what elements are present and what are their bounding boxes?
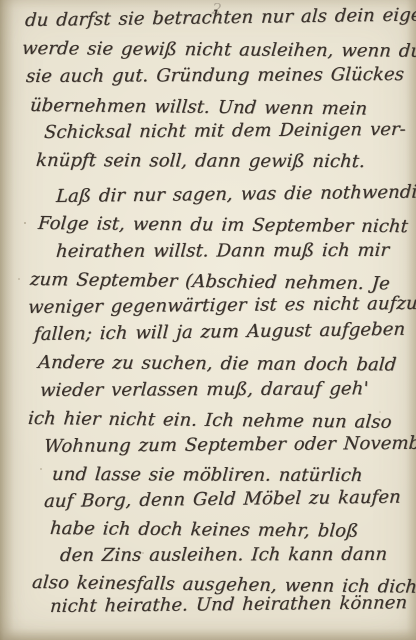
manuscript-line: habe ich doch keines mehr, bloß <box>49 518 359 543</box>
manuscript-line: Laß dir nur sagen, was die nothwendige <box>55 181 416 208</box>
manuscript-line: auf Borg, denn Geld Möbel zu kaufen <box>43 487 401 513</box>
manuscript-line: und lasse sie möbliren. natürlich <box>51 464 363 487</box>
manuscript-line: weniger gegenwärtiger ist es nicht aufzu… <box>27 293 416 319</box>
manuscript-page: 2 du darfst sie betrachten nur als dein … <box>0 0 416 640</box>
manuscript-line: fallen; ich will ja zum August aufgeben <box>33 319 405 346</box>
manuscript-line: Schicksal nicht mit dem Deinigen ver- <box>43 119 406 144</box>
manuscript-line: heirathen willst. Dann muß ich mir <box>55 240 390 263</box>
manuscript-line: Wohnung zum September oder November <box>43 433 416 458</box>
manuscript-line: wieder verlassen muß, darauf geh' <box>39 378 369 402</box>
manuscript-line: zum September (Abschied nehmen. Je <box>29 269 391 295</box>
manuscript-line: du darfst sie betrachten nur als dein ei… <box>24 4 416 32</box>
manuscript-line: den Zins ausleihen. Ich kann dann <box>59 544 388 567</box>
manuscript-line: übernehmen willst. Und wenn mein <box>29 95 368 121</box>
manuscript-line: sie auch gut. Gründung meines Glückes <box>25 64 404 88</box>
manuscript-line: knüpft sein soll, dann gewiß nicht. <box>35 150 366 173</box>
paper-specks <box>24 222 26 224</box>
manuscript-line: nicht heirathe. Und heirathen können <box>49 592 407 618</box>
manuscript-line: Andere zu suchen, die man doch bald <box>37 352 397 376</box>
manuscript-line: Folge ist, wenn du im September nicht <box>37 213 409 238</box>
manuscript-line: ich hier nicht ein. Ich nehme nun also <box>27 408 392 434</box>
manuscript-line: werde sie gewiß nicht ausleihen, wenn du… <box>21 38 416 63</box>
